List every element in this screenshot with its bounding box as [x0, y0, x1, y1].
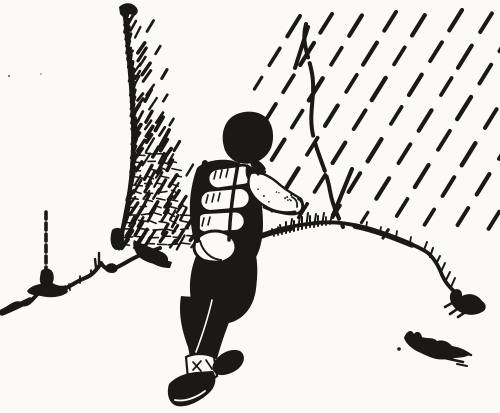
pinnacle-weave-dash — [135, 162, 145, 163]
hiker-rain-sketch — [0, 0, 500, 413]
arm-stipple-dot — [263, 195, 265, 197]
arm-stipple-dot — [257, 188, 259, 190]
arm-stipple-dot — [290, 194, 292, 196]
pinnacle-weave-dash — [124, 237, 133, 238]
pinnacle-weave-dash — [159, 222, 166, 223]
grass-blade — [396, 231, 397, 238]
arm-stipple-dot — [286, 196, 288, 198]
grass-blade — [410, 237, 411, 243]
pinnacle-weave-dash — [132, 185, 142, 186]
head-hair — [223, 112, 273, 164]
rock-pebble — [397, 347, 401, 351]
arm-stipple-dot — [290, 200, 292, 202]
arm-stipple-dot — [285, 189, 287, 191]
pinnacle-weave-dash — [181, 215, 191, 216]
pinnacle-weave-dash — [181, 243, 190, 244]
pinnacle-weave-dash — [127, 223, 135, 224]
pinnacle-weave-dash — [141, 214, 149, 215]
grass-blade — [380, 227, 381, 233]
pinnacle-weave-dash — [135, 155, 145, 156]
arm-stipple-dot — [284, 197, 286, 199]
grass-blade — [366, 222, 367, 228]
paper-speck — [8, 75, 10, 77]
pinnacle-weave-dash — [173, 237, 180, 238]
pinnacle-weave-dash — [130, 198, 138, 199]
pinnacle-weave-dash — [153, 229, 163, 230]
arm-stipple-dot — [276, 191, 277, 192]
pinnacle-weave-dash — [139, 220, 148, 221]
arm-stipple-dot — [289, 199, 290, 200]
arm-stipple-dot — [260, 203, 262, 205]
pinnacle-weave-dash — [145, 193, 153, 194]
pinnacle-weave-dash — [145, 153, 153, 154]
arm-stipple-dot — [287, 199, 289, 201]
illustration-stage — [0, 0, 500, 413]
pinnacle-weave-dash — [134, 170, 140, 171]
paper-speck — [40, 73, 42, 75]
pinnacle-weave-dash — [160, 191, 167, 192]
pinnacle-weave-dash — [137, 237, 144, 238]
pinnacle-weave-dash — [168, 244, 178, 245]
arm-stipple-dot — [268, 201, 270, 203]
grass-blade — [95, 259, 96, 268]
pinnacle-weave-dash — [181, 229, 189, 230]
grass-blade — [69, 284, 70, 290]
arm-stipple-dot — [278, 192, 279, 193]
